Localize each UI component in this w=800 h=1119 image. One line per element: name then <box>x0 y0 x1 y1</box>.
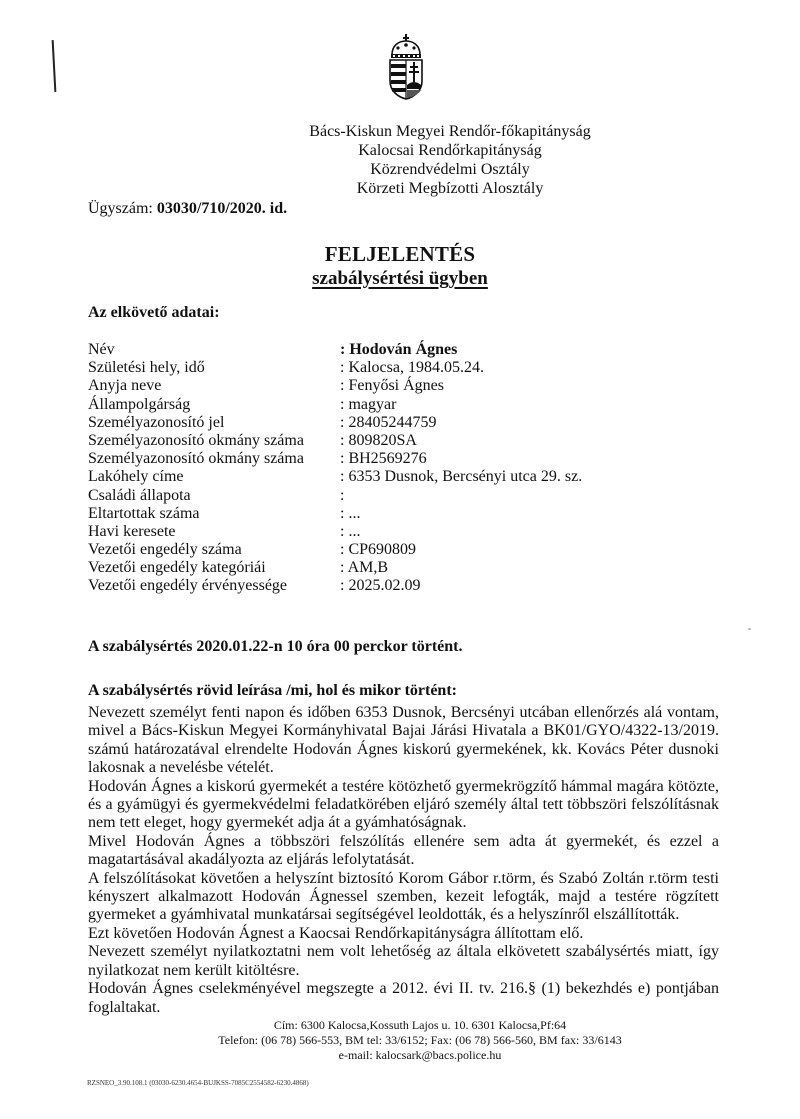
data-label: Eltartottak száma <box>88 505 340 523</box>
document-subtitle: szabálysértési ügyben <box>0 268 800 290</box>
data-label: Havi keresete <box>88 523 340 541</box>
description-heading: A szabálysértés rövid leírása /mi, hol é… <box>88 682 457 700</box>
data-value: AM,B <box>340 559 388 577</box>
footer-email: e-mail: kalocsark@bacs.police.hu <box>160 1048 680 1063</box>
data-label: Személyazonosító okmány száma <box>88 450 340 468</box>
data-row: Vezetői engedély érvényessége2025.02.09 <box>88 577 582 595</box>
data-label: Személyazonosító jel <box>88 414 340 432</box>
data-row: Havi keresete... <box>88 523 582 541</box>
data-value: Kalocsa, 1984.05.24. <box>340 359 484 377</box>
description-paragraph: Mivel Hodován Ágnes a többszöri felszólí… <box>88 833 719 870</box>
data-row: NévHodován Ágnes <box>88 341 582 359</box>
description-paragraph: Ezt követően Hodován Ágnest a Kaocsai Re… <box>88 925 719 943</box>
data-row: Vezetői engedély számaCP690809 <box>88 541 582 559</box>
footer-address: Cím: 6300 Kalocsa,Kossuth Lajos u. 10. 6… <box>160 1018 680 1033</box>
offender-data-table: NévHodován ÁgnesSzületési hely, időKaloc… <box>88 341 582 596</box>
letterhead-line: Bács-Kiskun Megyei Rendőr-főkapitányság <box>200 122 700 141</box>
case-number-label: Ügyszám: <box>88 200 153 217</box>
data-label: Születési hely, idő <box>88 359 340 377</box>
offense-description: Nevezett személyt fenti napon és időben … <box>88 704 719 1017</box>
data-label: Vezetői engedély kategóriái <box>88 559 340 577</box>
data-label: Lakóhely címe <box>88 468 340 486</box>
contact-footer: Cím: 6300 Kalocsa,Kossuth Lajos u. 10. 6… <box>160 1018 680 1063</box>
data-label: Vezetői engedély érvényessége <box>88 577 340 595</box>
data-value: 6353 Dusnok, Bercsényi utca 29. sz. <box>340 468 582 486</box>
description-paragraph: Nevezett személyt nyilatkoztatni nem vol… <box>88 943 719 980</box>
data-label: Személyazonosító okmány száma <box>88 432 340 450</box>
data-row: Születési hely, időKalocsa, 1984.05.24. <box>88 359 582 377</box>
data-row: Anyja neveFenyősi Ágnes <box>88 377 582 395</box>
document-title: FELJELENTÉS <box>0 242 800 267</box>
letterhead-line: Körzeti Megbízotti Alosztály <box>200 179 700 198</box>
data-value: Hodován Ágnes <box>340 341 457 359</box>
data-value: ... <box>340 505 360 523</box>
letterhead-line: Kalocsai Rendőrkapitányság <box>200 141 700 160</box>
document-page: Bács-Kiskun Megyei Rendőr-főkapitányság … <box>0 0 800 1119</box>
margin-pen-mark <box>52 40 57 92</box>
data-row: Személyazonosító okmány száma809820SA <box>88 432 582 450</box>
data-row: Személyazonosító jel28405244759 <box>88 414 582 432</box>
data-value: magyar <box>340 396 396 414</box>
data-label: Vezetői engedély száma <box>88 541 340 559</box>
letterhead-line: Közrendvédelmi Osztály <box>200 160 700 179</box>
scan-speck <box>748 628 751 630</box>
data-row: Eltartottak száma... <box>88 505 582 523</box>
data-value: 2025.02.09 <box>340 577 420 595</box>
data-label: Anyja neve <box>88 377 340 395</box>
case-number-value: 03030/710/2020. id. <box>157 200 287 217</box>
data-label: Állampolgárság <box>88 396 340 414</box>
data-row: Személyazonosító okmány számaBH2569276 <box>88 450 582 468</box>
description-paragraph: Hodován Ágnes cselekményével megszegte a… <box>88 980 719 1017</box>
footer-phone: Telefon: (06 78) 566-553, BM tel: 33/615… <box>160 1033 680 1048</box>
description-paragraph: Hodován Ágnes a kiskorú gyermekét a test… <box>88 778 719 833</box>
data-row: Lakóhely címe6353 Dusnok, Bercsényi utca… <box>88 468 582 486</box>
data-value: CP690809 <box>340 541 416 559</box>
data-value: 28405244759 <box>340 414 436 432</box>
data-value: Fenyősi Ágnes <box>340 377 444 395</box>
data-label: Családi állapota <box>88 487 340 505</box>
data-row: Vezetői engedély kategóriáiAM,B <box>88 559 582 577</box>
data-row: Családi állapota <box>88 487 582 505</box>
data-row: Állampolgárságmagyar <box>88 396 582 414</box>
description-paragraph: Nevezett személyt fenti napon és időben … <box>88 704 719 778</box>
data-value <box>340 487 344 505</box>
document-reference: RZSNEO_3.90.108.1 (03030-6230.4654-BUJKS… <box>87 1079 309 1087</box>
data-value: BH2569276 <box>340 450 427 468</box>
letterhead: Bács-Kiskun Megyei Rendőr-főkapitányság … <box>200 122 700 198</box>
case-number: Ügyszám: 03030/710/2020. id. <box>88 200 287 218</box>
data-label: Név <box>88 341 340 359</box>
offender-heading: Az elkövető adatai: <box>88 304 220 322</box>
data-value: ... <box>340 523 360 541</box>
description-paragraph: A felszólításokat követően a helyszínt b… <box>88 870 719 925</box>
offense-time: A szabálysértés 2020.01.22-n 10 óra 00 p… <box>88 638 462 656</box>
scan-speck <box>705 740 707 742</box>
data-value: 809820SA <box>340 432 417 450</box>
hungarian-coat-of-arms-icon <box>385 33 427 101</box>
